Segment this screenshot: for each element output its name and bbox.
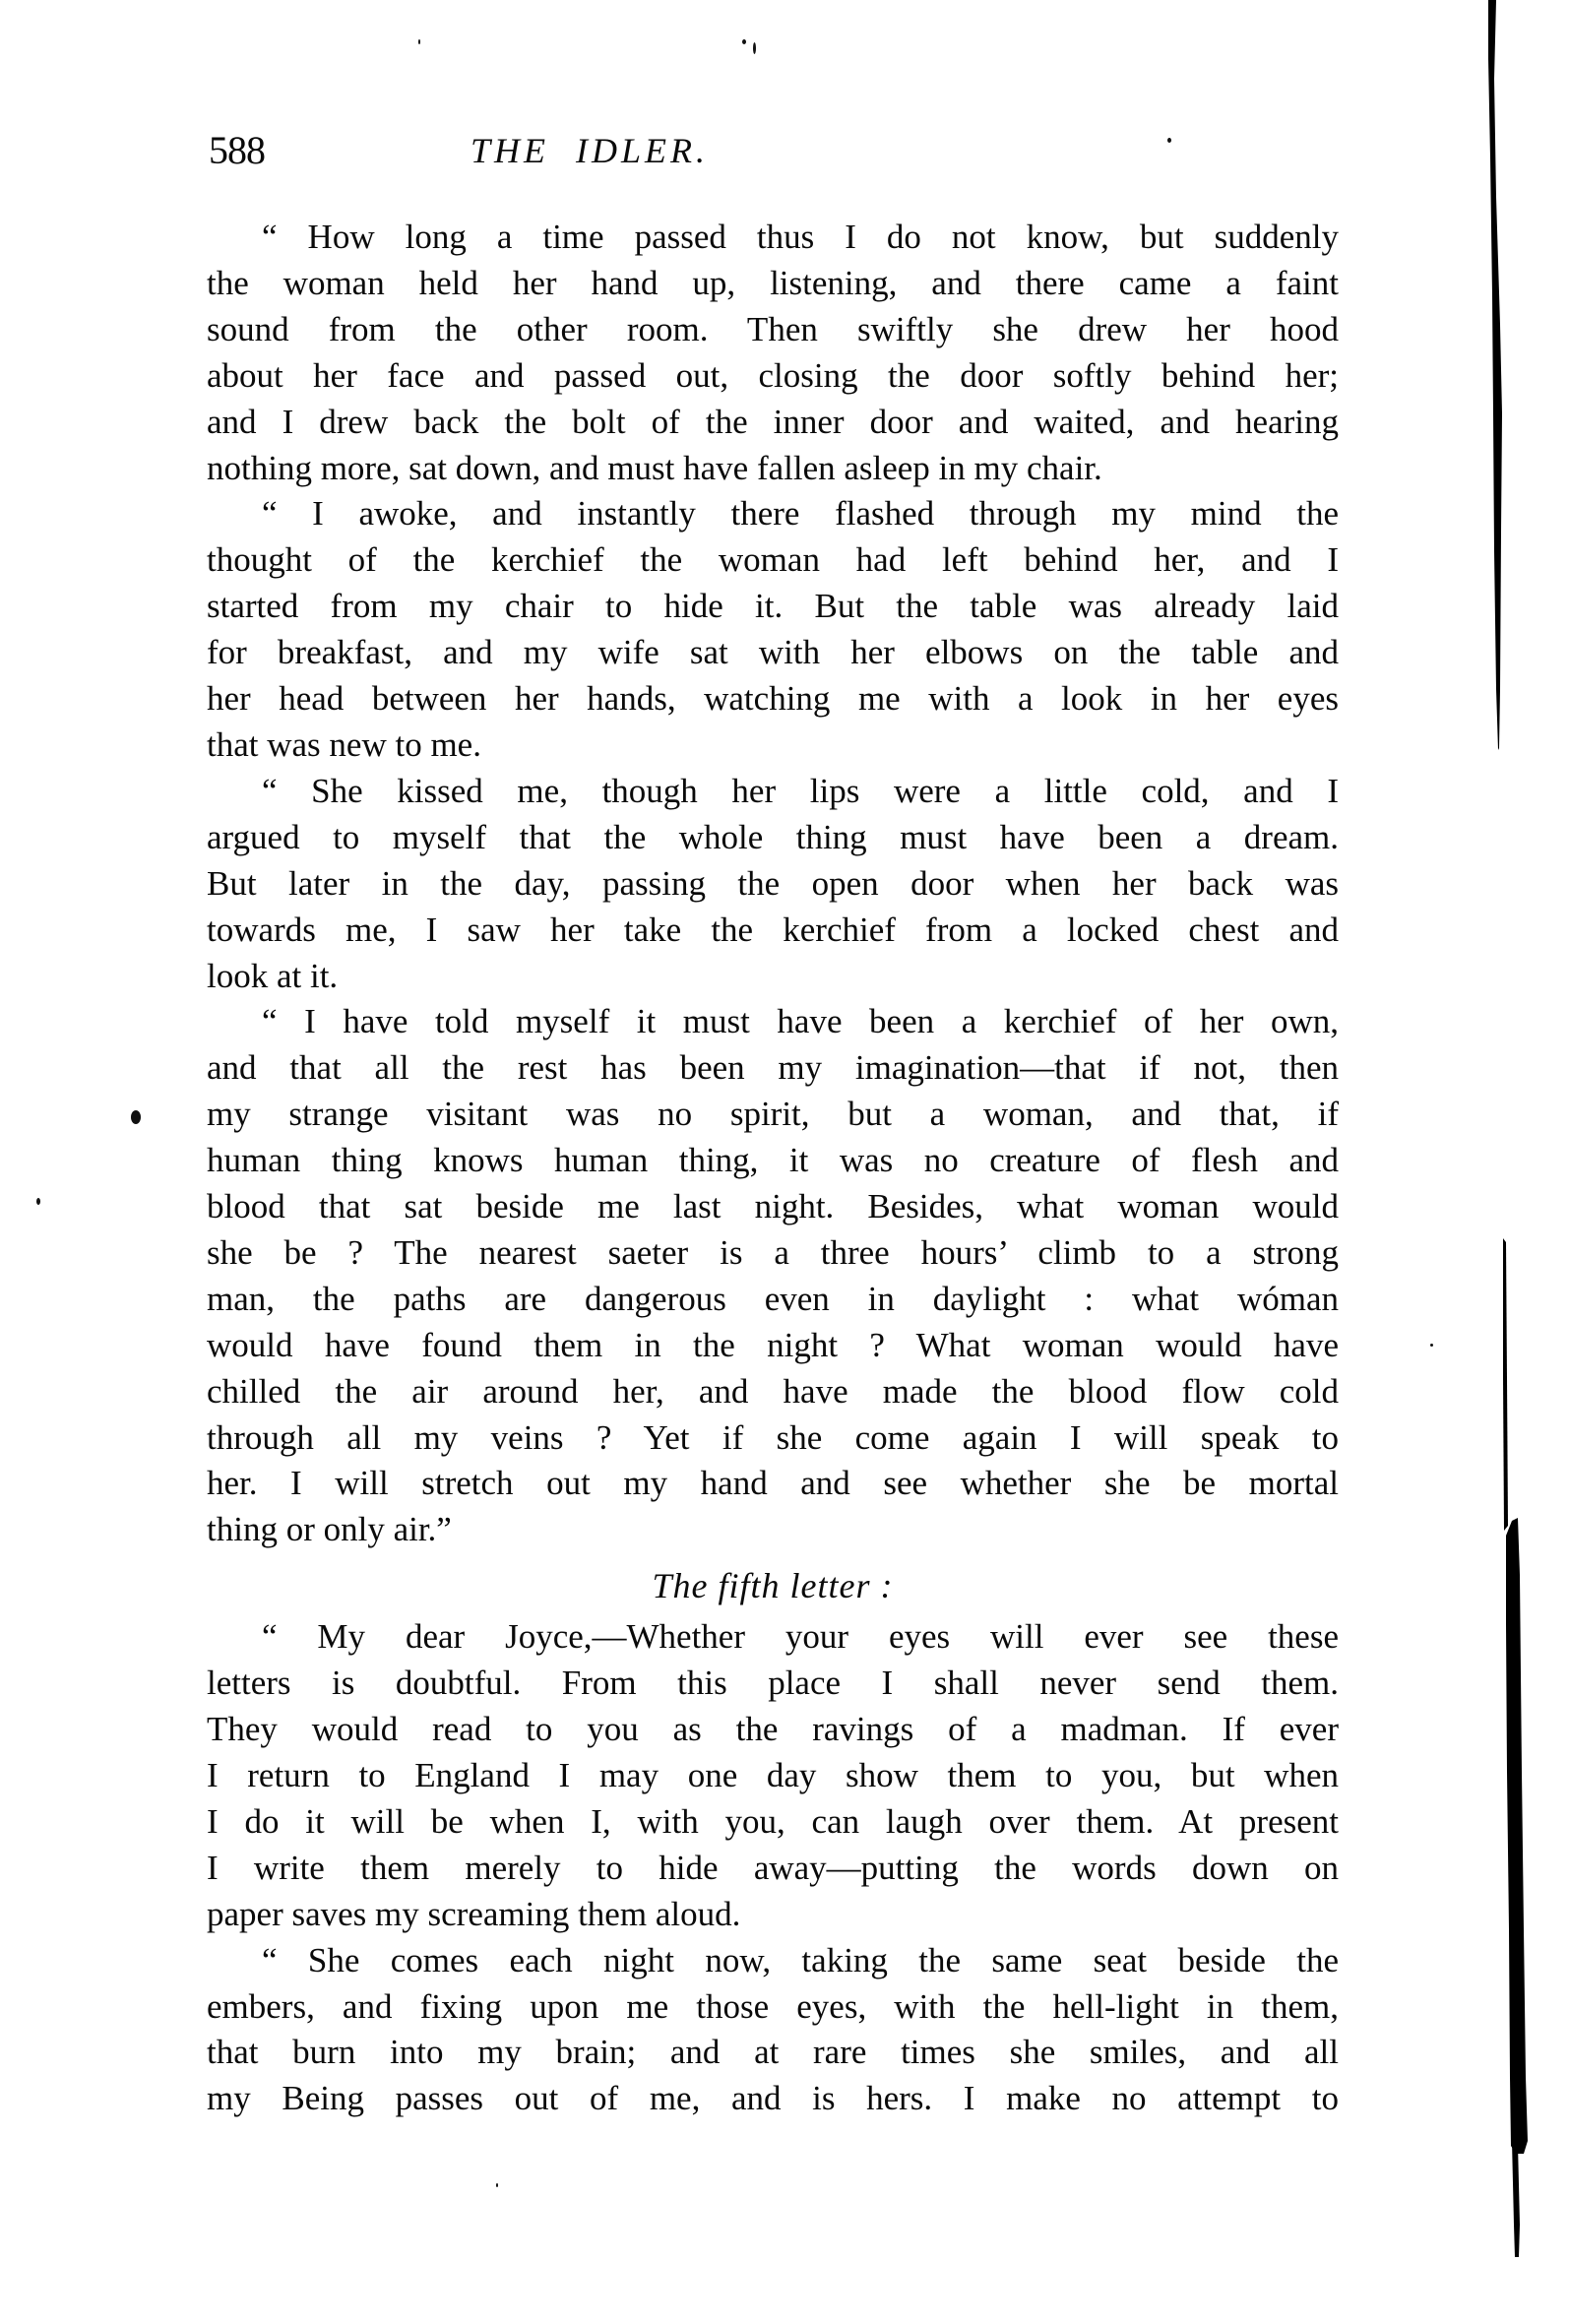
text-line: chilled the air around her, and have mad… (207, 1369, 1339, 1415)
text-line: through all my veins ? Yet if she come a… (207, 1415, 1339, 1462)
text-line: sound from the other room. Then swiftly … (207, 307, 1339, 353)
text-line: “ How long a time passed thus I do not k… (207, 215, 1339, 261)
text-line: that was new to me. (207, 722, 1339, 769)
scan-speck (131, 1110, 141, 1124)
text-line: man, the paths are dangerous even in day… (207, 1277, 1339, 1323)
section-subheading: The fifth letter : (207, 1563, 1339, 1608)
text-line: I do it will be when I, with you, can la… (207, 1799, 1339, 1846)
text-line: letters is doubtful. From this place I s… (207, 1661, 1339, 1707)
text-line: my strange visitant was no spirit, but a… (207, 1092, 1339, 1138)
paragraphs-before-heading: “ How long a time passed thus I do not k… (207, 215, 1339, 1553)
text-line: about her face and passed out, closing t… (207, 353, 1339, 400)
paragraph: “ I have told myself it must have been a… (207, 999, 1339, 1553)
scan-speck (753, 42, 756, 54)
text-line: and I drew back the bolt of the inner do… (207, 400, 1339, 446)
text-line: I write them merely to hide away—putting… (207, 1846, 1339, 1892)
text-line: she be ? The nearest saeter is a three h… (207, 1230, 1339, 1277)
scan-speck (1167, 138, 1171, 143)
text-line: the woman held her hand up, listening, a… (207, 261, 1339, 307)
scan-speck (496, 2183, 498, 2187)
text-line: human thing knows human thing, it was no… (207, 1138, 1339, 1184)
text-line: for breakfast, and my wife sat with her … (207, 630, 1339, 676)
text-line: would have found them in the night ? Wha… (207, 1323, 1339, 1369)
text-line: “ She comes each night now, taking the s… (207, 1938, 1339, 1984)
text-line: nothing more, sat down, and must have fa… (207, 446, 1339, 492)
text-line: her head between her hands, watching me … (207, 676, 1339, 722)
text-line: my Being passes out of me, and is hers. … (207, 2076, 1339, 2122)
binding-edge-shadow (1457, 0, 1569, 2324)
paragraph: “ I awoke, and instantly there flashed t… (207, 491, 1339, 768)
body-text: “ How long a time passed thus I do not k… (207, 215, 1339, 2122)
running-title: THE IDLER. (471, 126, 709, 175)
paragraph: “ My dear Joyce,—Whether your eyes will … (207, 1614, 1339, 1937)
scan-speck (36, 1198, 40, 1205)
text-line: They would read to you as the ravings of… (207, 1707, 1339, 1753)
text-line: argued to myself that the whole thing mu… (207, 815, 1339, 861)
scan-speck (742, 39, 746, 44)
text-line: “ I have told myself it must have been a… (207, 999, 1339, 1045)
text-line: thing or only air.” (207, 1507, 1339, 1553)
paragraph: “ She comes each night now, taking the s… (207, 1938, 1339, 2123)
paragraphs-after-heading: “ My dear Joyce,—Whether your eyes will … (207, 1614, 1339, 2122)
text-line: “ My dear Joyce,—Whether your eyes will … (207, 1614, 1339, 1661)
text-line: and that all the rest has been my imagin… (207, 1045, 1339, 1092)
text-line: “ I awoke, and instantly there flashed t… (207, 491, 1339, 537)
scan-speck (418, 39, 420, 44)
text-line: blood that sat beside me last night. Bes… (207, 1184, 1339, 1230)
text-line: I return to England I may one day show t… (207, 1753, 1339, 1799)
text-line: look at it. (207, 954, 1339, 1000)
text-line: embers, and fixing upon me those eyes, w… (207, 1984, 1339, 2031)
paragraph: “ How long a time passed thus I do not k… (207, 215, 1339, 491)
text-line: that burn into my brain; and at rare tim… (207, 2030, 1339, 2076)
scan-speck (1430, 1344, 1433, 1347)
text-line: “ She kissed me, though her lips were a … (207, 769, 1339, 815)
text-line: paper saves my screaming them aloud. (207, 1892, 1339, 1938)
text-line: towards me, I saw her take the kerchief … (207, 908, 1339, 954)
page-number: 588 (209, 126, 265, 175)
text-line: thought of the kerchief the woman had le… (207, 537, 1339, 584)
paragraph: “ She kissed me, though her lips were a … (207, 769, 1339, 1000)
text-line: But later in the day, passing the open d… (207, 861, 1339, 908)
text-line: started from my chair to hide it. But th… (207, 584, 1339, 630)
text-line: her. I will stretch out my hand and see … (207, 1461, 1339, 1507)
